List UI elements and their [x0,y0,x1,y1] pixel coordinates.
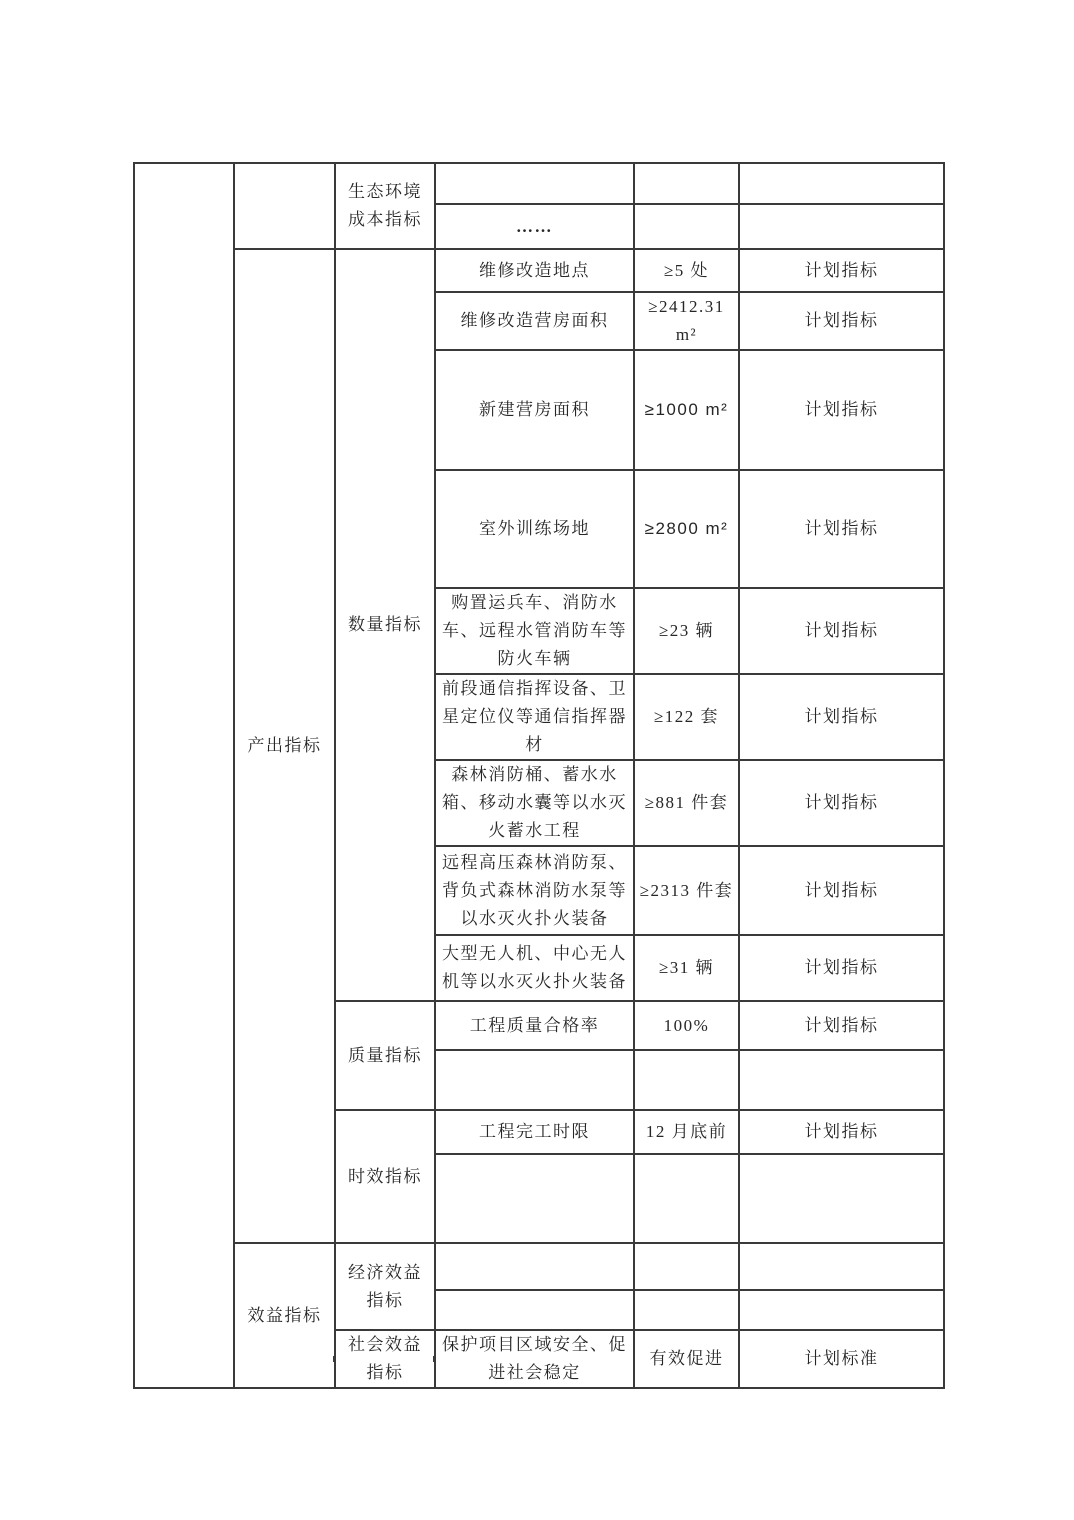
indicator-value-cell: ≥881 件套 [634,760,739,846]
indicator-type-cell [739,1243,944,1290]
level2-category-cell-output: 产出指标 [234,249,335,1243]
level3-category-cell-social: 社会效益指标 [335,1330,435,1388]
indicator-name-cell [435,1154,634,1243]
level2-category-cell [234,163,335,249]
indicator-type-cell: 计划指标 [739,249,944,292]
indicator-value-cell [634,1243,739,1290]
indicator-name-cell [435,1243,634,1290]
indicator-value-cell: ≥1000 m² [634,350,739,470]
indicator-name-cell: 工程完工时限 [435,1110,634,1154]
indicator-name-cell: …… [435,204,634,249]
table-row: 效益指标 经济效益指标 [134,1243,944,1290]
indicator-type-cell: 计划标准 [739,1330,944,1388]
level1-category-cell [134,163,234,1388]
indicator-value-cell: ≥122 套 [634,674,739,760]
indicator-name-cell: 保护项目区域安全、促进社会稳定 [435,1330,634,1388]
indicator-value-cell: ≥5 处 [634,249,739,292]
indicator-type-cell: 计划指标 [739,674,944,760]
indicator-value-cell [634,1154,739,1243]
indicator-type-cell: 计划指标 [739,1110,944,1154]
level3-category-cell-quantity: 数量指标 [335,249,435,1001]
indicator-value-cell: ≥2800 m² [634,470,739,588]
indicator-value-cell [634,1050,739,1110]
performance-indicator-table: 生态环境成本指标 …… 产出指标 数量指标 维修改造地点 ≥5 处 计划指标 维… [133,162,945,1389]
indicator-type-cell: 计划指标 [739,588,944,674]
indicator-type-cell: 计划指标 [739,760,944,846]
level3-category-cell-timeliness: 时效指标 [335,1110,435,1243]
indicator-name-cell [435,1290,634,1330]
indicator-type-cell: 计划指标 [739,846,944,935]
indicator-name-cell: 森林消防桶、蓄水水箱、移动水囊等以水灭火蓄水工程 [435,760,634,846]
indicator-type-cell [739,1050,944,1110]
level3-category-cell-economic: 经济效益指标 [335,1243,435,1330]
indicator-type-cell [739,1290,944,1330]
indicator-name-cell: 大型无人机、中心无人机等以水灭火扑火装备 [435,935,634,1001]
indicator-value-cell: ≥31 辆 [634,935,739,1001]
indicator-value-cell: 12 月底前 [634,1110,739,1154]
indicator-type-cell: 计划指标 [739,350,944,470]
indicator-value-cell: ≥2412.31 m² [634,292,739,350]
indicator-type-cell: 计划指标 [739,470,944,588]
indicator-type-cell: 计划指标 [739,292,944,350]
document-page: 生态环境成本指标 …… 产出指标 数量指标 维修改造地点 ≥5 处 计划指标 维… [0,0,1074,1520]
indicator-name-cell: 新建营房面积 [435,350,634,470]
indicator-value-cell [634,1290,739,1330]
indicator-value-cell: ≥23 辆 [634,588,739,674]
indicator-name-cell [435,1050,634,1110]
level3-category-cell-eco-cost: 生态环境成本指标 [335,163,435,249]
indicator-value-cell [634,163,739,204]
indicator-name-cell: 前段通信指挥设备、卫星定位仪等通信指挥器材 [435,674,634,760]
indicator-type-cell: 计划指标 [739,935,944,1001]
indicator-type-cell [739,204,944,249]
indicator-name-cell [435,163,634,204]
indicator-type-cell [739,163,944,204]
page-break-cut-edge-left [333,1356,335,1362]
indicator-name-cell: 购置运兵车、消防水车、远程水管消防车等防火车辆 [435,588,634,674]
page-break-cut-edge-right [433,1356,435,1362]
indicator-name-cell: 室外训练场地 [435,470,634,588]
table-row: 生态环境成本指标 [134,163,944,204]
indicator-name-cell: 工程质量合格率 [435,1001,634,1050]
indicator-value-cell [634,204,739,249]
indicator-name-cell: 远程高压森林消防泵、背负式森林消防水泵等以水灭火扑火装备 [435,846,634,935]
indicator-name-cell: 维修改造营房面积 [435,292,634,350]
level2-category-cell-benefit: 效益指标 [234,1243,335,1388]
indicator-value-cell: 有效促进 [634,1330,739,1388]
indicator-type-cell [739,1154,944,1243]
level3-category-cell-quality: 质量指标 [335,1001,435,1110]
indicator-name-cell: 维修改造地点 [435,249,634,292]
indicator-value-cell: ≥2313 件套 [634,846,739,935]
indicator-type-cell: 计划指标 [739,1001,944,1050]
table-row: 产出指标 数量指标 维修改造地点 ≥5 处 计划指标 [134,249,944,292]
indicator-value-cell: 100% [634,1001,739,1050]
